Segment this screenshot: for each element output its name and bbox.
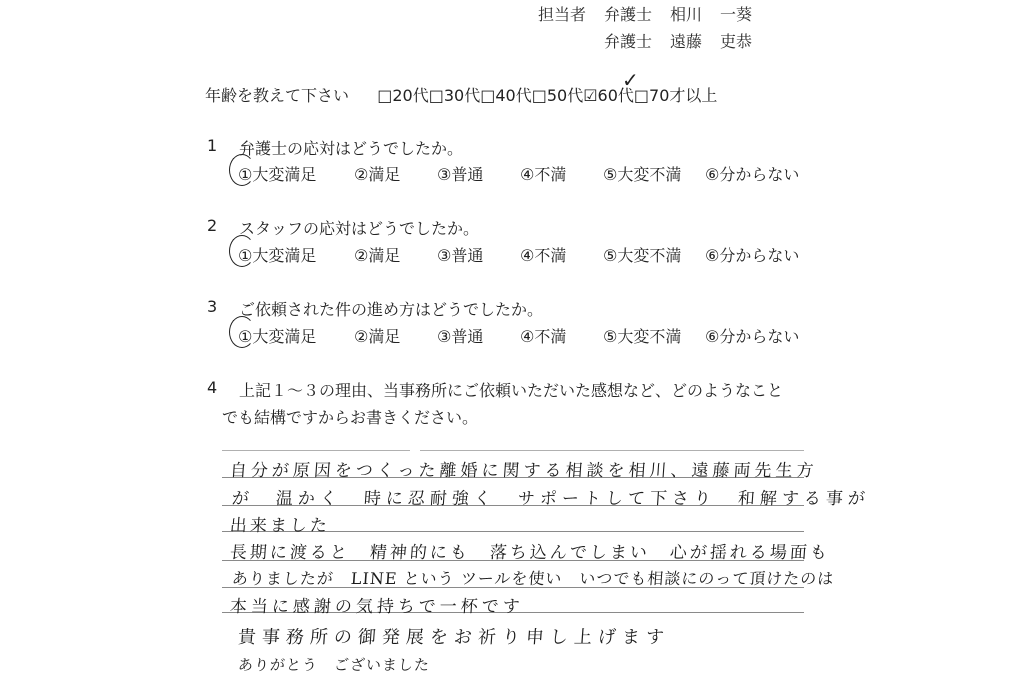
option-very-dissatisfied[interactable]: ⑤大変不満 bbox=[603, 324, 681, 347]
option-very-dissatisfied[interactable]: ⑤大変不満 bbox=[603, 243, 681, 266]
question-number: 1 bbox=[207, 136, 217, 155]
question-text: スタッフの応対はどうでしたか。 bbox=[239, 216, 479, 239]
option-satisfied[interactable]: ②満足 bbox=[354, 324, 400, 347]
staff-given-name: 一葵 bbox=[720, 2, 752, 25]
age-option-70[interactable]: □70才以上 bbox=[634, 86, 718, 105]
option-very-dissatisfied[interactable]: ⑤大変不満 bbox=[603, 162, 681, 185]
checkbox-icon[interactable]: □ bbox=[429, 86, 444, 105]
age-question: 年齢を教えて下さい □20代□30代□40代□50代☑60代□70才以上 bbox=[205, 83, 717, 106]
option-dissatisfied[interactable]: ④不満 bbox=[520, 162, 566, 185]
age-option-20[interactable]: □20代 bbox=[377, 86, 429, 105]
handwritten-circle-icon bbox=[229, 154, 255, 186]
staff-title: 弁護士 bbox=[604, 29, 652, 52]
option-neutral[interactable]: ③普通 bbox=[437, 324, 483, 347]
checkbox-icon[interactable]: □ bbox=[480, 86, 495, 105]
handwritten-line-7: 貴事務所の御発展をお祈り申し上げます bbox=[237, 623, 671, 649]
staff-label: 担当者 bbox=[538, 2, 586, 25]
question-text-line-2: でも結構ですからお書きください。 bbox=[222, 405, 478, 428]
option-dont-know[interactable]: ⑥分からない bbox=[705, 243, 799, 266]
option-dissatisfied[interactable]: ④不満 bbox=[520, 324, 566, 347]
staff-row-1: 担当者 弁護士 相川 一葵 bbox=[538, 2, 778, 24]
question-number: 2 bbox=[207, 216, 217, 235]
handwritten-line-3: 出来ました bbox=[229, 511, 331, 536]
handwritten-line-8: ありがとう ございました bbox=[237, 654, 430, 675]
option-dont-know[interactable]: ⑥分からない bbox=[705, 162, 799, 185]
option-dissatisfied[interactable]: ④不満 bbox=[520, 243, 566, 266]
option-neutral[interactable]: ③普通 bbox=[437, 162, 483, 185]
option-satisfied[interactable]: ②満足 bbox=[354, 243, 400, 266]
question-text-line-1: 上記１～３の理由、当事務所にご依頼いただいた感想など、どのようなこと bbox=[239, 378, 783, 401]
checkbox-icon[interactable]: □ bbox=[532, 86, 547, 105]
staff-family-name: 相川 bbox=[670, 2, 702, 25]
question-number: 3 bbox=[207, 297, 217, 316]
ruled-line bbox=[420, 450, 804, 451]
question-number: 4 bbox=[207, 378, 217, 397]
age-prompt: 年齢を教えて下さい bbox=[205, 86, 349, 105]
staff-row-2: 弁護士 遠藤 吏恭 bbox=[538, 29, 778, 51]
option-dont-know[interactable]: ⑥分からない bbox=[705, 324, 799, 347]
staff-title: 弁護士 bbox=[604, 2, 652, 25]
handwritten-line-4: 長期に渡ると 精神的にも 落ち込んでしまい 心が揺れる場面も bbox=[229, 538, 831, 563]
handwritten-circle-icon bbox=[229, 316, 255, 348]
checked-checkbox-icon[interactable]: ☑ bbox=[583, 86, 597, 105]
age-option-40[interactable]: □40代 bbox=[480, 86, 532, 105]
option-neutral[interactable]: ③普通 bbox=[437, 243, 483, 266]
option-satisfied[interactable]: ②満足 bbox=[354, 162, 400, 185]
handwritten-circle-icon bbox=[229, 235, 255, 267]
question-text: 弁護士の応対はどうでしたか。 bbox=[239, 136, 463, 159]
checkbox-icon[interactable]: □ bbox=[377, 86, 392, 105]
handwritten-line-2: が 温かく 時に忍耐強く サポートして下さり 和解する事が bbox=[231, 484, 871, 509]
handwritten-line-1: 自分が原因をつくった離婚に関する相談を相川、遠藤両先生方 bbox=[229, 456, 818, 481]
handwritten-check-mark-icon: ✓ bbox=[622, 68, 639, 92]
question-text: ご依頼された件の進め方はどうでしたか。 bbox=[239, 297, 543, 320]
ruled-line bbox=[222, 450, 410, 451]
staff-family-name: 遠藤 bbox=[670, 29, 702, 52]
age-option-30[interactable]: □30代 bbox=[429, 86, 481, 105]
age-option-50[interactable]: □50代 bbox=[532, 86, 584, 105]
staff-given-name: 吏恭 bbox=[720, 29, 752, 52]
handwritten-line-6: 本当に感謝の気持ちで一杯です bbox=[229, 592, 525, 617]
handwritten-line-5: ありましたが LINE という ツールを使い いつでも相談にのって頂けたのは bbox=[231, 566, 835, 589]
